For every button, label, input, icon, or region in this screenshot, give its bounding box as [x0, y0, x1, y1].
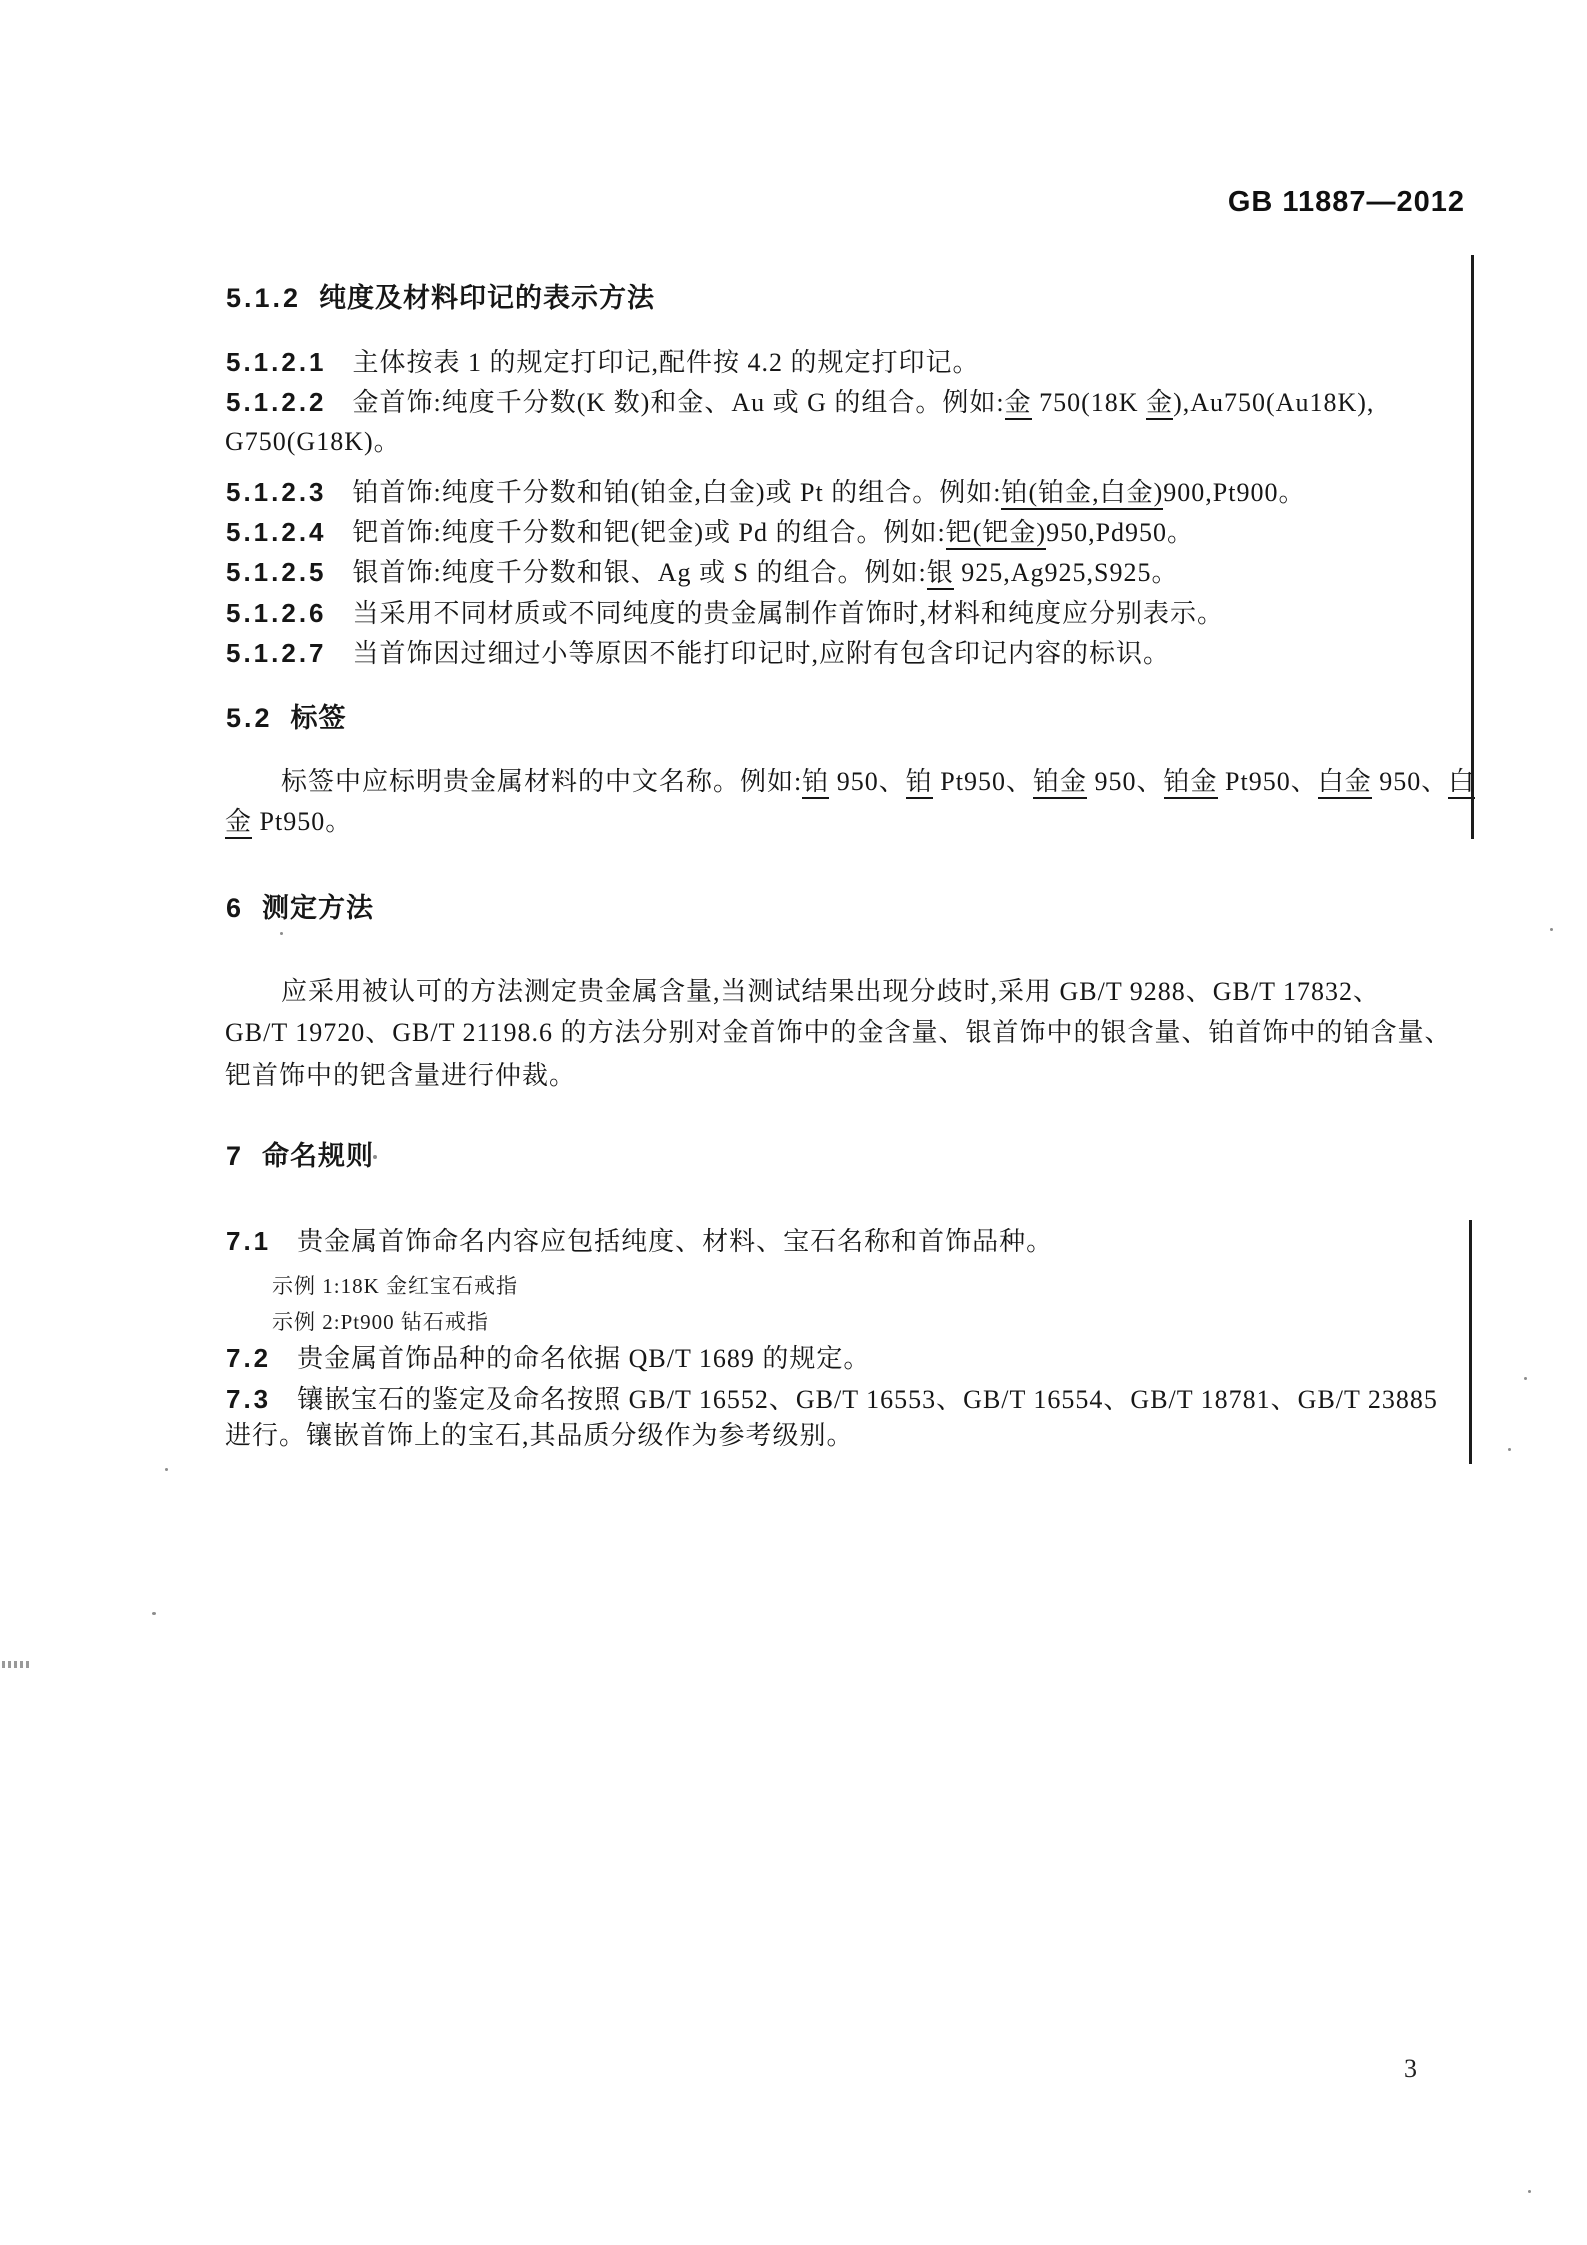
text-run: 镶嵌宝石的鉴定及命名按照 GB/T 16552、GB/T 16553、GB/T …	[297, 1385, 1438, 1414]
text-run: 900,Pt900。	[1163, 478, 1305, 507]
clause-line: 5.1.2.2金首饰:纯度千分数(K 数)和金、Au 或 G 的组合。例如:金 …	[226, 387, 1374, 418]
text-run: 铂金	[1164, 767, 1218, 799]
text-run: 标签	[291, 703, 347, 733]
text-run: Pt950、	[1218, 767, 1318, 796]
text-run: 贵金属首饰品种的命名依据 QB/T 1689 的规定。	[297, 1344, 870, 1373]
scan-speck	[165, 1468, 168, 1471]
paragraph-line: 应采用被认可的方法测定贵金属含量,当测试结果出现分歧时,采用 GB/T 9288…	[281, 977, 1380, 1007]
example-line: 示例 2:Pt900 钻石戒指	[272, 1307, 489, 1337]
paragraph-line: GB/T 19720、GB/T 21198.6 的方法分别对金首饰中的金含量、银…	[225, 1018, 1452, 1048]
text-run: 应采用被认可的方法测定贵金属含量,当测试结果出现分歧时,采用 GB/T 9288…	[281, 977, 1380, 1006]
paragraph-line: 标签中应标明贵金属材料的中文名称。例如:铂 950、铂 Pt950、铂金 950…	[281, 767, 1475, 797]
paragraph-line: 金 Pt950。	[225, 807, 352, 837]
text-run: 钯首饰中的钯含量进行仲裁。	[225, 1061, 576, 1090]
text-run: 750(18K	[1032, 388, 1146, 417]
text-run: 铂	[906, 767, 933, 799]
text-run: 当采用不同材质或不同纯度的贵金属制作首饰时,材料和纯度应分别表示。	[353, 599, 1225, 628]
page-number: 3	[1404, 2054, 1417, 2084]
text-run: 银首饰:纯度千分数和银、Ag 或 S 的组合。例如:	[353, 558, 927, 587]
clause-number: 5.1.2.1	[226, 347, 327, 377]
clause-line: 5.1.2.1主体按表 1 的规定打印记,配件按 4.2 的规定打印记。	[226, 347, 980, 378]
text-run: 命名规则	[262, 1141, 374, 1171]
scan-speck	[1508, 1448, 1511, 1451]
text-run: 金	[1146, 388, 1173, 420]
document-page: GB 11887—2012 5.1.2纯度及材料印记的表示方法5.1.2.1主体…	[0, 0, 1587, 2245]
clause-line: G750(G18K)。	[225, 427, 401, 457]
text-run: 钯(钯金)	[946, 518, 1046, 550]
text-run: 示例 1:18K 金红宝石戒指	[272, 1274, 518, 1298]
clause-line: 7.1贵金属首饰命名内容应包括纯度、材料、宝石名称和首饰品种。	[226, 1226, 1053, 1257]
text-run: 950、	[1372, 767, 1449, 796]
text-run: Pt950、	[933, 767, 1033, 796]
text-run: 950,Pd950。	[1046, 518, 1194, 547]
clause-number: 7.2	[226, 1343, 271, 1373]
text-run: 铂	[802, 767, 829, 799]
text-run: 金	[225, 807, 252, 839]
text-run: 铂首饰:纯度千分数和铂(铂金,白金)或 Pt 的组合。例如:	[353, 478, 1002, 507]
clause-line: 7.3镶嵌宝石的鉴定及命名按照 GB/T 16552、GB/T 16553、GB…	[226, 1384, 1438, 1415]
clause-line: 5.1.2.3铂首饰:纯度千分数和铂(铂金,白金)或 Pt 的组合。例如:铂(铂…	[226, 477, 1305, 508]
clause-number: 5.2	[226, 703, 273, 733]
clause-number: 5.1.2.2	[226, 387, 327, 417]
example-line: 示例 1:18K 金红宝石戒指	[272, 1271, 518, 1301]
clause-line: 5.1.2.7当首饰因过细过小等原因不能打印记时,应附有包含印记内容的标识。	[226, 638, 1170, 669]
clause-line: 进行。镶嵌首饰上的宝石,其品质分级作为参考级别。	[225, 1421, 854, 1451]
clause-number: 5.1.2	[226, 283, 301, 313]
text-run: Pt950。	[252, 807, 352, 836]
clause-number: 5.1.2.3	[226, 477, 327, 507]
section-heading: 5.1.2纯度及材料印记的表示方法	[226, 283, 655, 313]
clause-number: 5.1.2.5	[226, 557, 327, 587]
clause-line: 7.2贵金属首饰品种的命名依据 QB/T 1689 的规定。	[226, 1343, 870, 1374]
text-run: GB/T 19720、GB/T 21198.6 的方法分别对金首饰中的金含量、银…	[225, 1018, 1452, 1047]
clause-number: 5.1.2.6	[226, 598, 327, 628]
scan-speck	[152, 1612, 156, 1615]
paragraph-line: 钯首饰中的钯含量进行仲裁。	[225, 1061, 576, 1091]
text-run: 950、	[829, 767, 906, 796]
section-heading: 6测定方法	[226, 893, 374, 923]
section-heading: 7命名规则	[226, 1141, 374, 1171]
text-run: 925,Ag925,S925。	[954, 558, 1179, 587]
clause-number: 7	[226, 1141, 244, 1171]
scan-speck	[1528, 2190, 1531, 2193]
text-run: 纯度及材料印记的表示方法	[319, 283, 655, 313]
text-run: 钯首饰:纯度千分数和钯(钯金)或 Pd 的组合。例如:	[353, 518, 946, 547]
scan-speck	[1524, 1377, 1527, 1380]
text-run: 金首饰:纯度千分数(K 数)和金、Au 或 G 的组合。例如:	[353, 388, 1005, 417]
text-run: 当首饰因过细过小等原因不能打印记时,应附有包含印记内容的标识。	[353, 639, 1171, 668]
text-run: 主体按表 1 的规定打印记,配件按 4.2 的规定打印记。	[353, 348, 980, 377]
text-run: 950、	[1087, 767, 1164, 796]
standard-number: GB 11887—2012	[1228, 186, 1465, 219]
text-run: 标签中应标明贵金属材料的中文名称。例如:	[281, 767, 802, 796]
scan-speck	[1550, 928, 1553, 931]
text-run: 贵金属首饰命名内容应包括纯度、材料、宝石名称和首饰品种。	[297, 1227, 1053, 1256]
clause-line: 5.1.2.4钯首饰:纯度千分数和钯(钯金)或 Pd 的组合。例如:钯(钯金)9…	[226, 517, 1194, 548]
scan-smudge	[2, 1661, 30, 1668]
text-run: 金	[1005, 388, 1032, 420]
text-run: 测定方法	[262, 893, 374, 923]
clause-number: 7.3	[226, 1384, 271, 1414]
clause-line: 5.1.2.5银首饰:纯度千分数和银、Ag 或 S 的组合。例如:银 925,A…	[226, 557, 1178, 588]
scan-speck	[373, 1155, 377, 1159]
text-run: 铂金	[1033, 767, 1087, 799]
scan-speck	[280, 932, 283, 935]
text-run: G750(G18K)。	[225, 427, 401, 456]
text-run: 示例 2:Pt900 钻石戒指	[272, 1310, 489, 1334]
text-run: 进行。镶嵌首饰上的宝石,其品质分级作为参考级别。	[225, 1421, 854, 1450]
clause-number: 7.1	[226, 1226, 271, 1256]
section-heading: 5.2标签	[226, 703, 347, 733]
clause-line: 5.1.2.6当采用不同材质或不同纯度的贵金属制作首饰时,材料和纯度应分别表示。	[226, 598, 1224, 629]
text-run: ),Au750(Au18K),	[1173, 388, 1374, 417]
text-run: 银	[927, 558, 954, 590]
clause-number: 5.1.2.7	[226, 638, 327, 668]
change-bar	[1469, 1220, 1472, 1464]
change-bar	[1471, 255, 1474, 839]
clause-number: 5.1.2.4	[226, 517, 327, 547]
text-run: 白金	[1318, 767, 1372, 799]
text-run: 铂(铂金,白金)	[1001, 478, 1163, 510]
clause-number: 6	[226, 893, 244, 923]
